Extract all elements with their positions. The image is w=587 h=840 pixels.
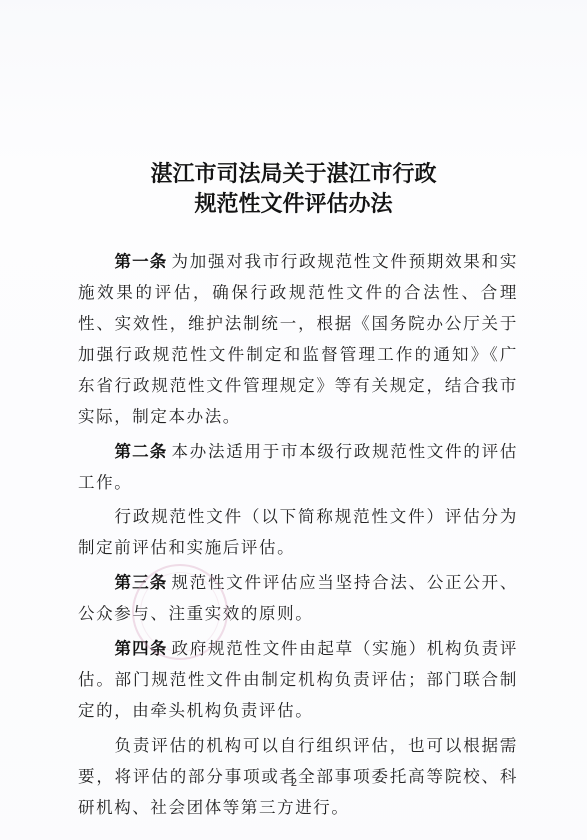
paragraph-text: 行政规范性文件（以下简称规范性文件）评估分为制定前评估和实施后评估。: [78, 507, 518, 557]
page-number: 2: [287, 776, 301, 789]
article-2-paragraph-2: 行政规范性文件（以下简称规范性文件）评估分为制定前评估和实施后评估。: [78, 501, 518, 563]
document-body: 第一条为加强对我市行政规范性文件预期效果和实施效果的评估，确保行政规范性文件的合…: [78, 246, 518, 826]
article-2: 第二条本办法适用于市本级行政规范性文件的评估工作。: [78, 436, 518, 498]
article-3: 第三条规范性文件评估应当坚持合法、公正公开、公众参与、注重实效的原则。: [78, 567, 518, 629]
article-4: 第四条政府规范性文件由起草（实施）机构负责评估。部门规范性文件由制定机构负责评估…: [78, 633, 518, 726]
article-label: 第四条: [115, 639, 168, 658]
document-title-line-2: 规范性文件评估办法: [0, 190, 587, 220]
article-1: 第一条为加强对我市行政规范性文件预期效果和实施效果的评估，确保行政规范性文件的合…: [78, 246, 518, 432]
article-label: 第二条: [115, 442, 168, 461]
article-text: 为加强对我市行政规范性文件预期效果和实施效果的评估，确保行政规范性文件的合法性、…: [78, 252, 518, 426]
article-label: 第一条: [115, 252, 168, 271]
document-title-line-1: 湛江市司法局关于湛江市行政: [0, 160, 587, 190]
article-label: 第三条: [115, 573, 168, 592]
